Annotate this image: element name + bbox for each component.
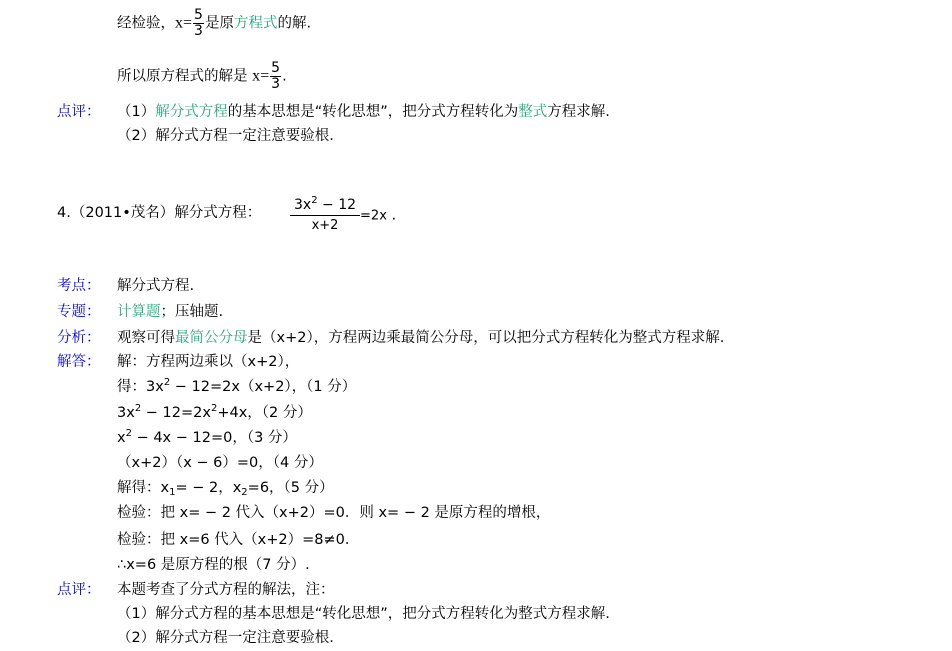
denominator: x+2 — [290, 215, 360, 235]
problem-statement: 4.（2011•茂名）解分式方程： — [57, 203, 261, 223]
numerator: 3x2 − 12 — [290, 196, 360, 215]
text: − 12 — [318, 197, 356, 213]
text: 是（x+2），方程两边乘最简公分母，可以把分式方程转化为整式方程求解. — [248, 330, 725, 346]
text: 得：3x — [117, 379, 164, 395]
text: 所以原方程式的解是 — [117, 69, 252, 85]
equation-rhs: =2x — [360, 209, 387, 224]
math-var: x= — [252, 68, 269, 85]
dianping-line: 本题考查了分式方程的解法，注： — [117, 580, 335, 600]
text: 3x — [294, 197, 311, 213]
fenxi-label: 分析： — [57, 328, 101, 348]
keyword-link[interactable]: 整式 — [518, 104, 547, 120]
problem-equation: 3x2 − 12x+2=2x . — [290, 196, 396, 235]
text: ；压轴题. — [161, 304, 224, 320]
text: = − 2，x — [175, 480, 241, 496]
dianping-line: （2）解分式方程一定注意要验根. — [117, 628, 334, 648]
numerator: 5 — [193, 8, 204, 23]
keyword-link[interactable]: 方程式 — [234, 16, 278, 32]
comment-label: 点评： — [57, 102, 101, 122]
text: 观察可得 — [117, 330, 175, 346]
text: 的解. — [277, 16, 311, 32]
text: 3x — [117, 405, 135, 421]
zhuanti-label: 专题： — [57, 302, 101, 322]
kaodian-label: 考点： — [57, 276, 101, 296]
problem-source: （2011•茂名） — [71, 205, 174, 221]
dianping-label: 点评： — [57, 580, 101, 600]
zhuanti-text: 计算题；压轴题. — [117, 302, 223, 322]
text: +4x，（2 分） — [217, 405, 312, 421]
text: =6，（5 分） — [248, 480, 334, 496]
text: x — [117, 430, 126, 446]
kaodian-text: 解分式方程. — [117, 276, 194, 296]
check-line: 经检验，x=53是原方程式的解. — [117, 8, 311, 39]
text: 方程求解. — [547, 104, 610, 120]
jieda-label: 解答： — [57, 352, 101, 372]
fenxi-text: 观察可得最简公分母是（x+2），方程两边乘最简公分母，可以把分式方程转化为整式方… — [117, 328, 724, 348]
text: 解得：x — [117, 480, 169, 496]
keyword-link[interactable]: 最简公分母 — [175, 330, 248, 346]
problem-number: 4. — [57, 205, 71, 221]
text: − 12=2x（x+2），（1 分） — [170, 379, 356, 395]
solution-step: 得：3x2 − 12=2x（x+2），（1 分） — [117, 377, 356, 397]
text: . — [387, 208, 396, 224]
fraction: 53 — [270, 61, 281, 92]
solution-step: x2 − 4x − 12=0，（3 分） — [117, 428, 297, 448]
solution-step: 检验：把 x= − 2 代入（x+2）=0．则 x= − 2 是原方程的增根， — [117, 503, 550, 523]
keyword-link[interactable]: 解分式方程 — [155, 104, 228, 120]
problem-prompt: 解分式方程： — [174, 205, 261, 221]
text: − 12=2x — [141, 405, 211, 421]
solution-step: 解：方程两边乘以（x+2）， — [117, 352, 299, 372]
keyword-link[interactable]: 计算题 — [117, 304, 161, 320]
text: 是原 — [205, 16, 234, 32]
conclusion-line: 所以原方程式的解是 x=53. — [117, 61, 287, 92]
equation-fraction: 3x2 − 12x+2 — [290, 196, 360, 235]
text: （1） — [117, 104, 155, 120]
text: − 4x − 12=0，（3 分） — [132, 430, 297, 446]
dianping-line: （1）解分式方程的基本思想是“转化思想”，把分式方程转化为整式方程求解. — [117, 604, 610, 624]
solution-step: 3x2 − 12=2x2+4x，（2 分） — [117, 403, 312, 423]
denominator: 3 — [193, 23, 204, 39]
numerator: 5 — [270, 61, 281, 76]
solution-step: 解得：x1= − 2，x2=6，（5 分） — [117, 478, 334, 498]
solution-step: （x+2）（x − 6）=0，（4 分） — [117, 453, 323, 473]
math-var: x= — [175, 15, 192, 32]
fraction: 53 — [193, 8, 204, 39]
denominator: 3 — [270, 76, 281, 92]
text: 的基本思想是“转化思想”，把分式方程转化为 — [228, 104, 519, 120]
solution-step: ∴x=6 是原方程的根（7 分）. — [117, 555, 310, 575]
solution-step: 检验：把 x=6 代入（x+2）=8≠0． — [117, 530, 359, 550]
comment-line-2: （2）解分式方程一定注意要验根. — [117, 126, 334, 146]
text: 经检验， — [117, 16, 175, 32]
comment-line-1: （1）解分式方程的基本思想是“转化思想”，把分式方程转化为整式方程求解. — [117, 102, 610, 122]
text: . — [282, 69, 287, 85]
